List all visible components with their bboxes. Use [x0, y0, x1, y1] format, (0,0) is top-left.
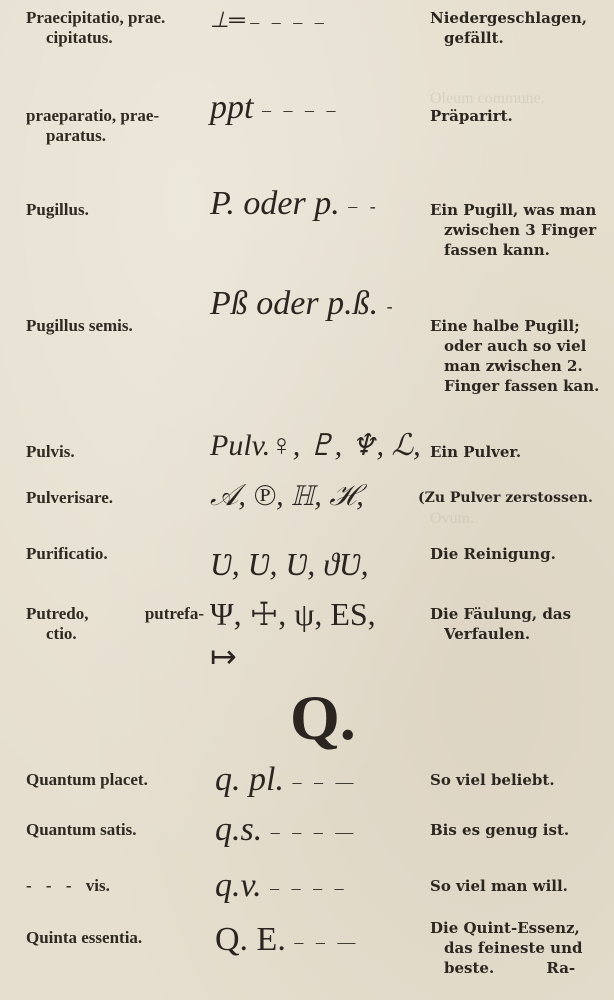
alchemical-symbol: ⊥═ – – – – [210, 2, 430, 40]
alchemical-symbol: Ψ, ☩, ψ, ES, [210, 596, 430, 632]
german-translation: Bis es genug ist. [430, 820, 606, 840]
latin-term: Quinta essentia. [26, 928, 206, 948]
german-translation: (Zu Pulver zerstossen. [418, 488, 594, 508]
latin-term: Pulverisare. [26, 488, 206, 508]
alchemical-symbol: ppt – – – – [210, 90, 430, 128]
latin-term: Purificatio. [26, 544, 206, 564]
alchemical-symbol: P. oder p. – - [210, 186, 430, 224]
german-translation: Die Quint-Essenz, das feineste und beste… [430, 918, 606, 978]
german-translation: Eine halbe Pugill; oder auch so viel man… [430, 316, 606, 396]
latin-term: praeparatio, prae- paratus. [26, 106, 206, 146]
alchemical-symbol: Q. E. – – — [215, 922, 435, 960]
alchemical-symbol: Pß oder p.ß. - [210, 286, 430, 324]
german-translation: So viel man will. [430, 876, 606, 896]
latin-term: Pugillus. [26, 200, 206, 220]
alchemical-symbol: q. pl. – – — [215, 762, 435, 800]
latin-term: Quantum satis. [26, 820, 206, 840]
bleed-through-text: Ovum. [430, 510, 474, 528]
latin-term: - - - vis. [26, 876, 206, 896]
german-translation: Niedergeschlagen, gefällt. [430, 8, 606, 48]
alchemical-symbol: Pulv.♀, ♇, ♆, ℒ, [210, 428, 430, 464]
latin-term: Quantum placet. [26, 770, 206, 790]
latin-term: Pugillus semis. [26, 316, 206, 336]
german-translation: Präparirt. [430, 106, 606, 126]
alchemical-symbol: q.v. – – – – [215, 868, 435, 906]
german-translation: Ein Pugill, was man zwischen 3 Finger fa… [430, 200, 606, 260]
german-translation: Ein Pulver. [430, 442, 606, 462]
german-translation: So viel beliebt. [430, 770, 606, 790]
latin-term: Putredo, putrefa- [26, 604, 204, 624]
section-letter-heading: Q. [290, 686, 356, 750]
alchemical-symbol: Ʋ, Ʋ, Ʋ, ϑƲ, [210, 546, 430, 582]
alchemical-symbol: 𝒜, ℗, ℍ, ℋ, [210, 478, 430, 514]
latin-term: Praecipitatio, prae. cipitatus. [26, 8, 206, 48]
german-translation: Die Reinigung. [430, 544, 606, 564]
german-translation: Die Fäulung, das Verfaulen. [430, 604, 606, 644]
alchemical-symbol-arrow: ↦ [210, 638, 430, 674]
latin-term-continuation: ctio. [26, 624, 206, 644]
latin-term: Pulvis. [26, 442, 206, 462]
alchemical-symbol: q.s. – – – — [215, 812, 435, 850]
